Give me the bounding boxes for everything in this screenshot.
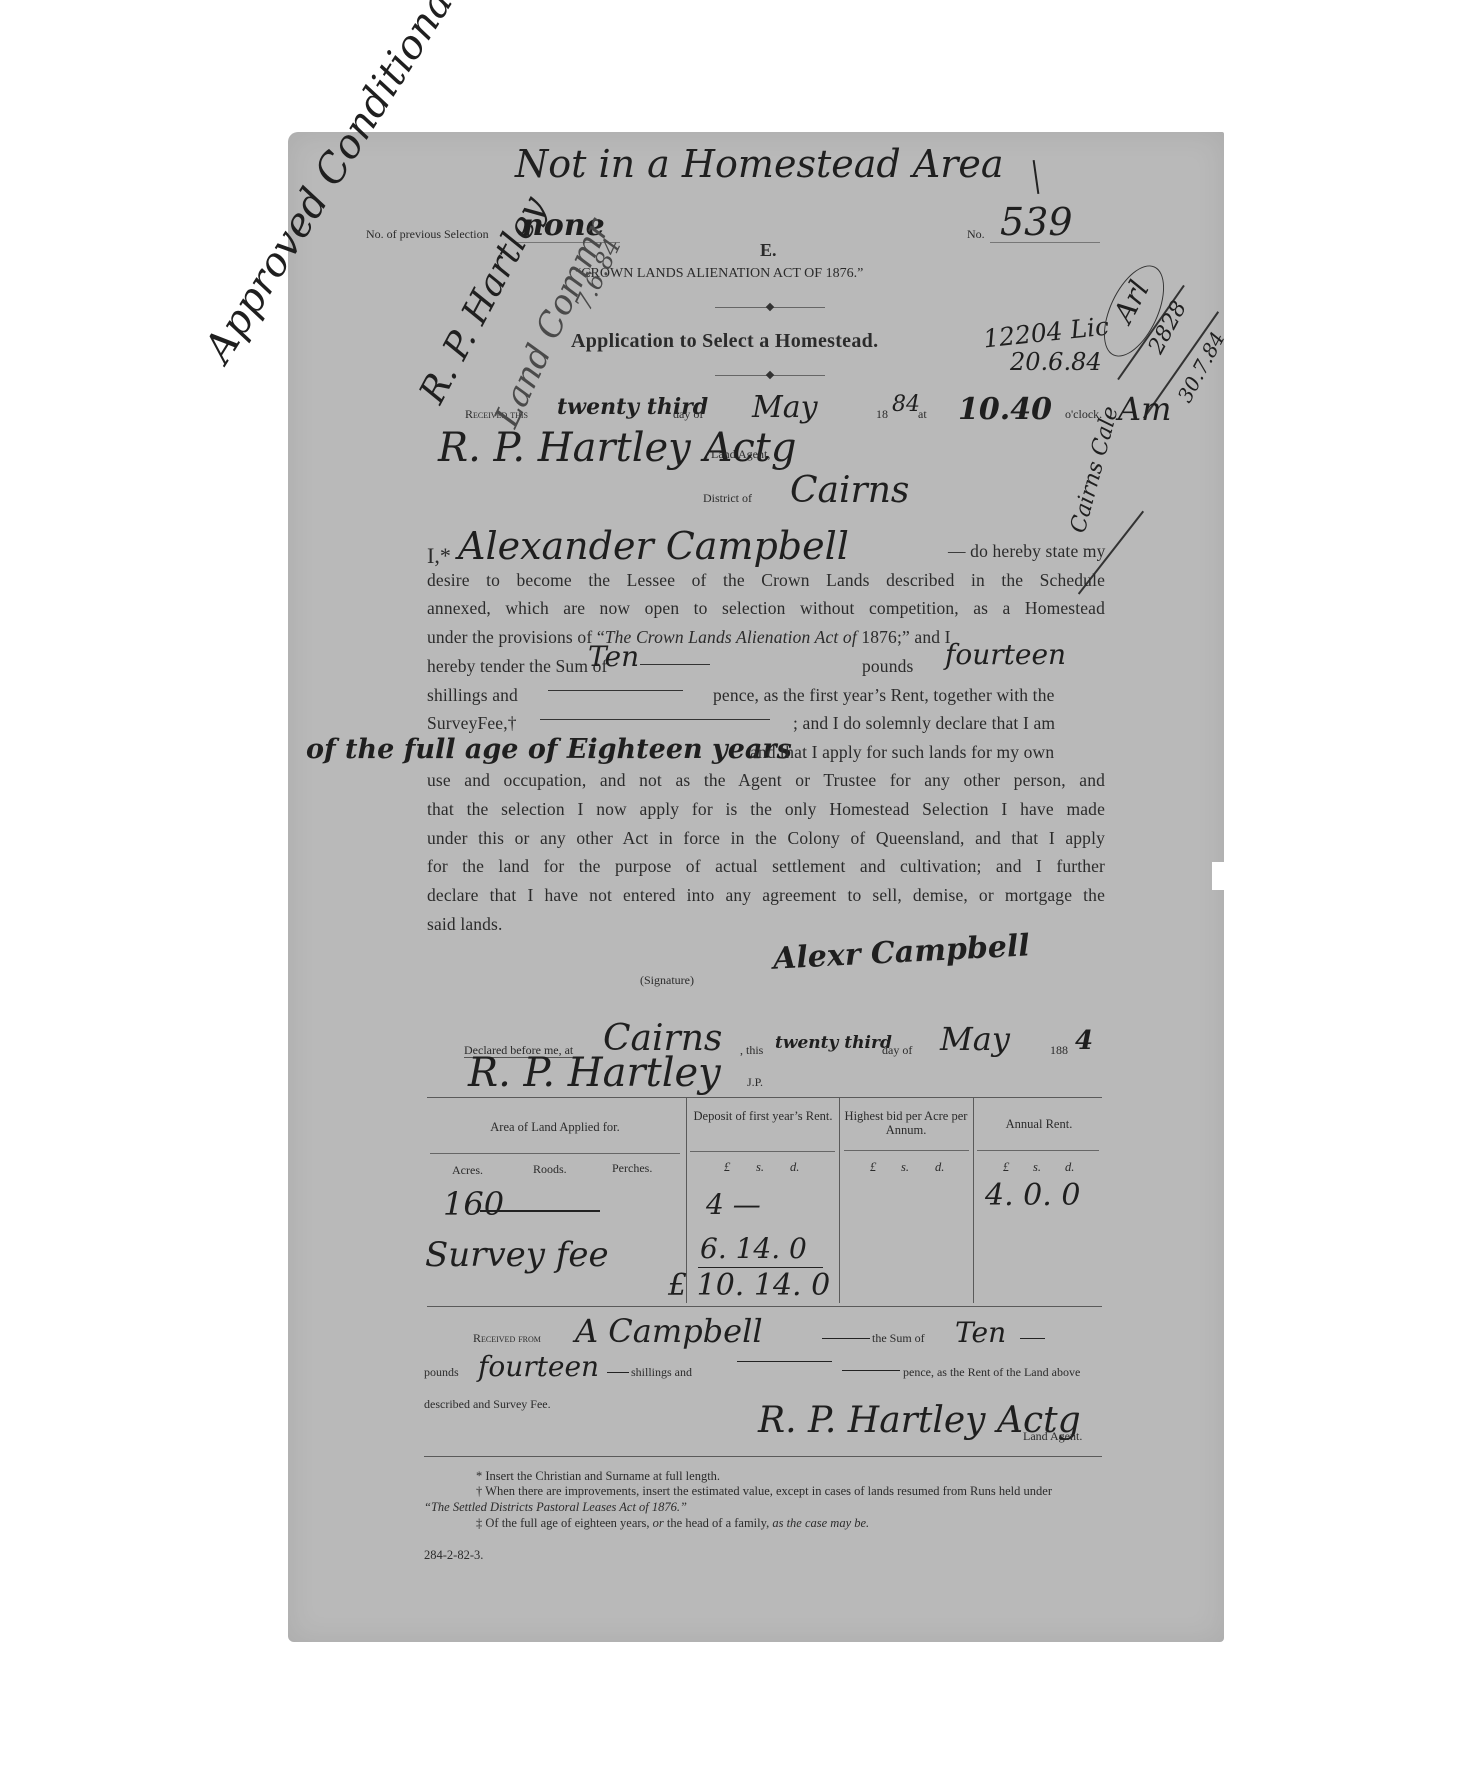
footnote-2: † When there are improvements, insert th… [476,1484,1052,1499]
received-from-value: A Campbell [575,1312,763,1350]
page-title: Application to Select a Homestead. [571,330,878,353]
subheader-acres: Acres. [452,1163,483,1178]
declared-year: 4 [1075,1026,1093,1056]
declaration-text: under the provisions of “ [427,627,605,647]
annual-rent-value: 4. 0. 0 [985,1178,1080,1213]
declaration-line: desire to become the Lessee of the Crown… [427,566,1105,595]
table-bottom-rule [427,1306,1102,1307]
fill-stroke [607,1372,629,1373]
rent-unit-pounds: £ [1003,1160,1009,1175]
pence-blank [737,1361,832,1362]
survey-fee-label: Survey fee [425,1235,609,1275]
bid-unit-pence: d. [935,1160,944,1175]
deposit-unit-shillings: s. [756,1160,764,1175]
jp-signature: R. P. Hartley [468,1050,721,1096]
day-of-label: day of [673,407,703,422]
bid-unit-pounds: £ [870,1160,876,1175]
received-from-label: Received from [473,1331,541,1346]
fill-stroke [640,664,710,665]
table-header-area: Area of Land Applied for. [430,1120,680,1134]
area-acres-value: 160 [443,1185,504,1223]
number-value: 539 [1000,200,1073,244]
declaration-line: said lands. [427,910,503,939]
pence-blank [842,1370,900,1371]
subheader-roods: Roods. [533,1162,567,1177]
declaration-line: use and occupation, and not as the Agent… [427,766,1105,795]
deposit-rent-value: 4 — [706,1188,761,1221]
receipt-shillings-value: fourteen [478,1350,599,1383]
land-agent-label: , Land Agent, [705,447,770,462]
pounds-label: pounds [862,652,913,681]
receipt-described-label: described and Survey Fee. [424,1397,551,1412]
receipt-pounds-value: Ten [955,1316,1006,1349]
received-time: 10.40 [958,392,1052,427]
total-deposit-value: £ 10. 14. 0 [668,1268,830,1303]
table-header-deposit: Deposit of first year’s Rent. [690,1109,836,1123]
table-sub-rule [430,1153,680,1154]
form-code: 284-2-82-3. [424,1548,483,1563]
received-ampm: Am [1118,390,1171,428]
receipt-pounds-label: pounds [424,1365,459,1380]
survey-fee-value: 6. 14. 0 [700,1232,807,1265]
declared-year-prefix: 188 [1050,1043,1068,1058]
declaration-line: annexed, which are now open to selection… [427,594,1105,623]
declaration-line: under this or any other Act in force in … [427,824,1105,853]
fill-stroke [1020,1338,1045,1339]
table-col-divider [839,1097,840,1303]
declaration-line: for the land for the purpose of actual s… [427,852,1105,881]
rent-unit-pence: d. [1065,1160,1074,1175]
district-label: District of [703,491,752,506]
district-value: Cairns [790,470,909,511]
shillings-label: shillings and [427,681,518,710]
applicant-name: Alexander Campbell [458,524,849,568]
receipt-pence-label: pence, as the Rent of the Land above [903,1365,1080,1380]
subheader-perches: Perches. [612,1161,652,1176]
declaration-line: ; and I do solemnly declare that I am [793,709,1055,738]
footnote-3-text: ‡ Of the full age of eighteen years, [476,1516,653,1530]
rent-unit-shillings: s. [1033,1160,1041,1175]
year-prefix: 18 [876,407,888,422]
footnote-3-text: the head of a family, [664,1516,773,1530]
declaration-line: declare that I have not entered into any… [427,881,1105,910]
declaration-line: — do hereby state my [948,537,1106,566]
this-label: , this [740,1043,763,1058]
paper-tear [1212,862,1228,890]
survey-fee-blank [540,719,770,720]
declared-day: twenty third [775,1033,892,1053]
tender-pounds-value: Ten [588,640,639,673]
receipt-shillings-label: shillings and [631,1365,692,1380]
bid-unit-shillings: s. [901,1160,909,1175]
declaration-line: pence, as the first year’s Rent, togethe… [713,681,1055,710]
footnote-2-continued: “The Settled Districts Pastoral Leases A… [424,1500,687,1515]
table-sub-rule [690,1151,835,1152]
table-col-divider [973,1097,974,1303]
tender-label: hereby tender the Sum of [427,652,608,681]
sum-of-label: the Sum of [872,1331,925,1346]
table-sub-rule [844,1150,969,1151]
footnote-3: ‡ Of the full age of eighteen years, or … [476,1516,869,1531]
fill-stroke [822,1338,870,1339]
age-declaration-value: of the full age of Eighteen years [306,734,792,765]
deposit-unit-pence: d. [790,1160,799,1175]
received-month: May [752,390,818,425]
table-top-rule [427,1097,1102,1098]
form-letter: E. [760,240,777,261]
declared-month: May [940,1020,1010,1058]
footnote-3-italic: or [653,1516,664,1530]
declaration-text: 1876;” and I [857,627,951,647]
footnote-rule [424,1456,1102,1457]
signature-label: (Signature) [640,973,694,988]
act-name-italic: The Crown Lands Alienation Act of [605,627,857,647]
previous-selection-label: No. of previous Selection [366,227,489,242]
act-title: “CROWN LANDS ALIENATION ACT OF 1876.” [575,266,863,282]
number-line [990,242,1100,243]
deposit-unit-pounds: £ [724,1160,730,1175]
jp-label: J.P. [747,1075,763,1090]
declaration-line: and that I apply for such lands for my o… [750,738,1054,767]
at-label: at [918,407,927,422]
top-annotation: Not in a Homestead Area [515,142,1004,186]
table-header-annual-rent: Annual Rent. [976,1117,1102,1131]
table-header-highest-bid: Highest bid per Acre per Annum. [842,1109,970,1137]
tender-shillings-value: fourteen [945,638,1066,671]
receipt-land-agent-label: Land Agent. [1023,1429,1082,1444]
declared-day-of-label: day of [882,1043,912,1058]
pence-blank [548,690,683,691]
footnote-3-italic: as the case may be. [772,1516,869,1530]
table-sub-rule [977,1150,1099,1151]
licence-date-note: 20.6.84 [1010,348,1102,376]
received-year: 84 [892,392,920,417]
number-label: No. [967,227,985,242]
declaration-line: that the selection I now apply for is th… [427,795,1105,824]
footnote-1: * Insert the Christian and Surname at fu… [476,1469,720,1484]
area-dash [480,1210,600,1212]
